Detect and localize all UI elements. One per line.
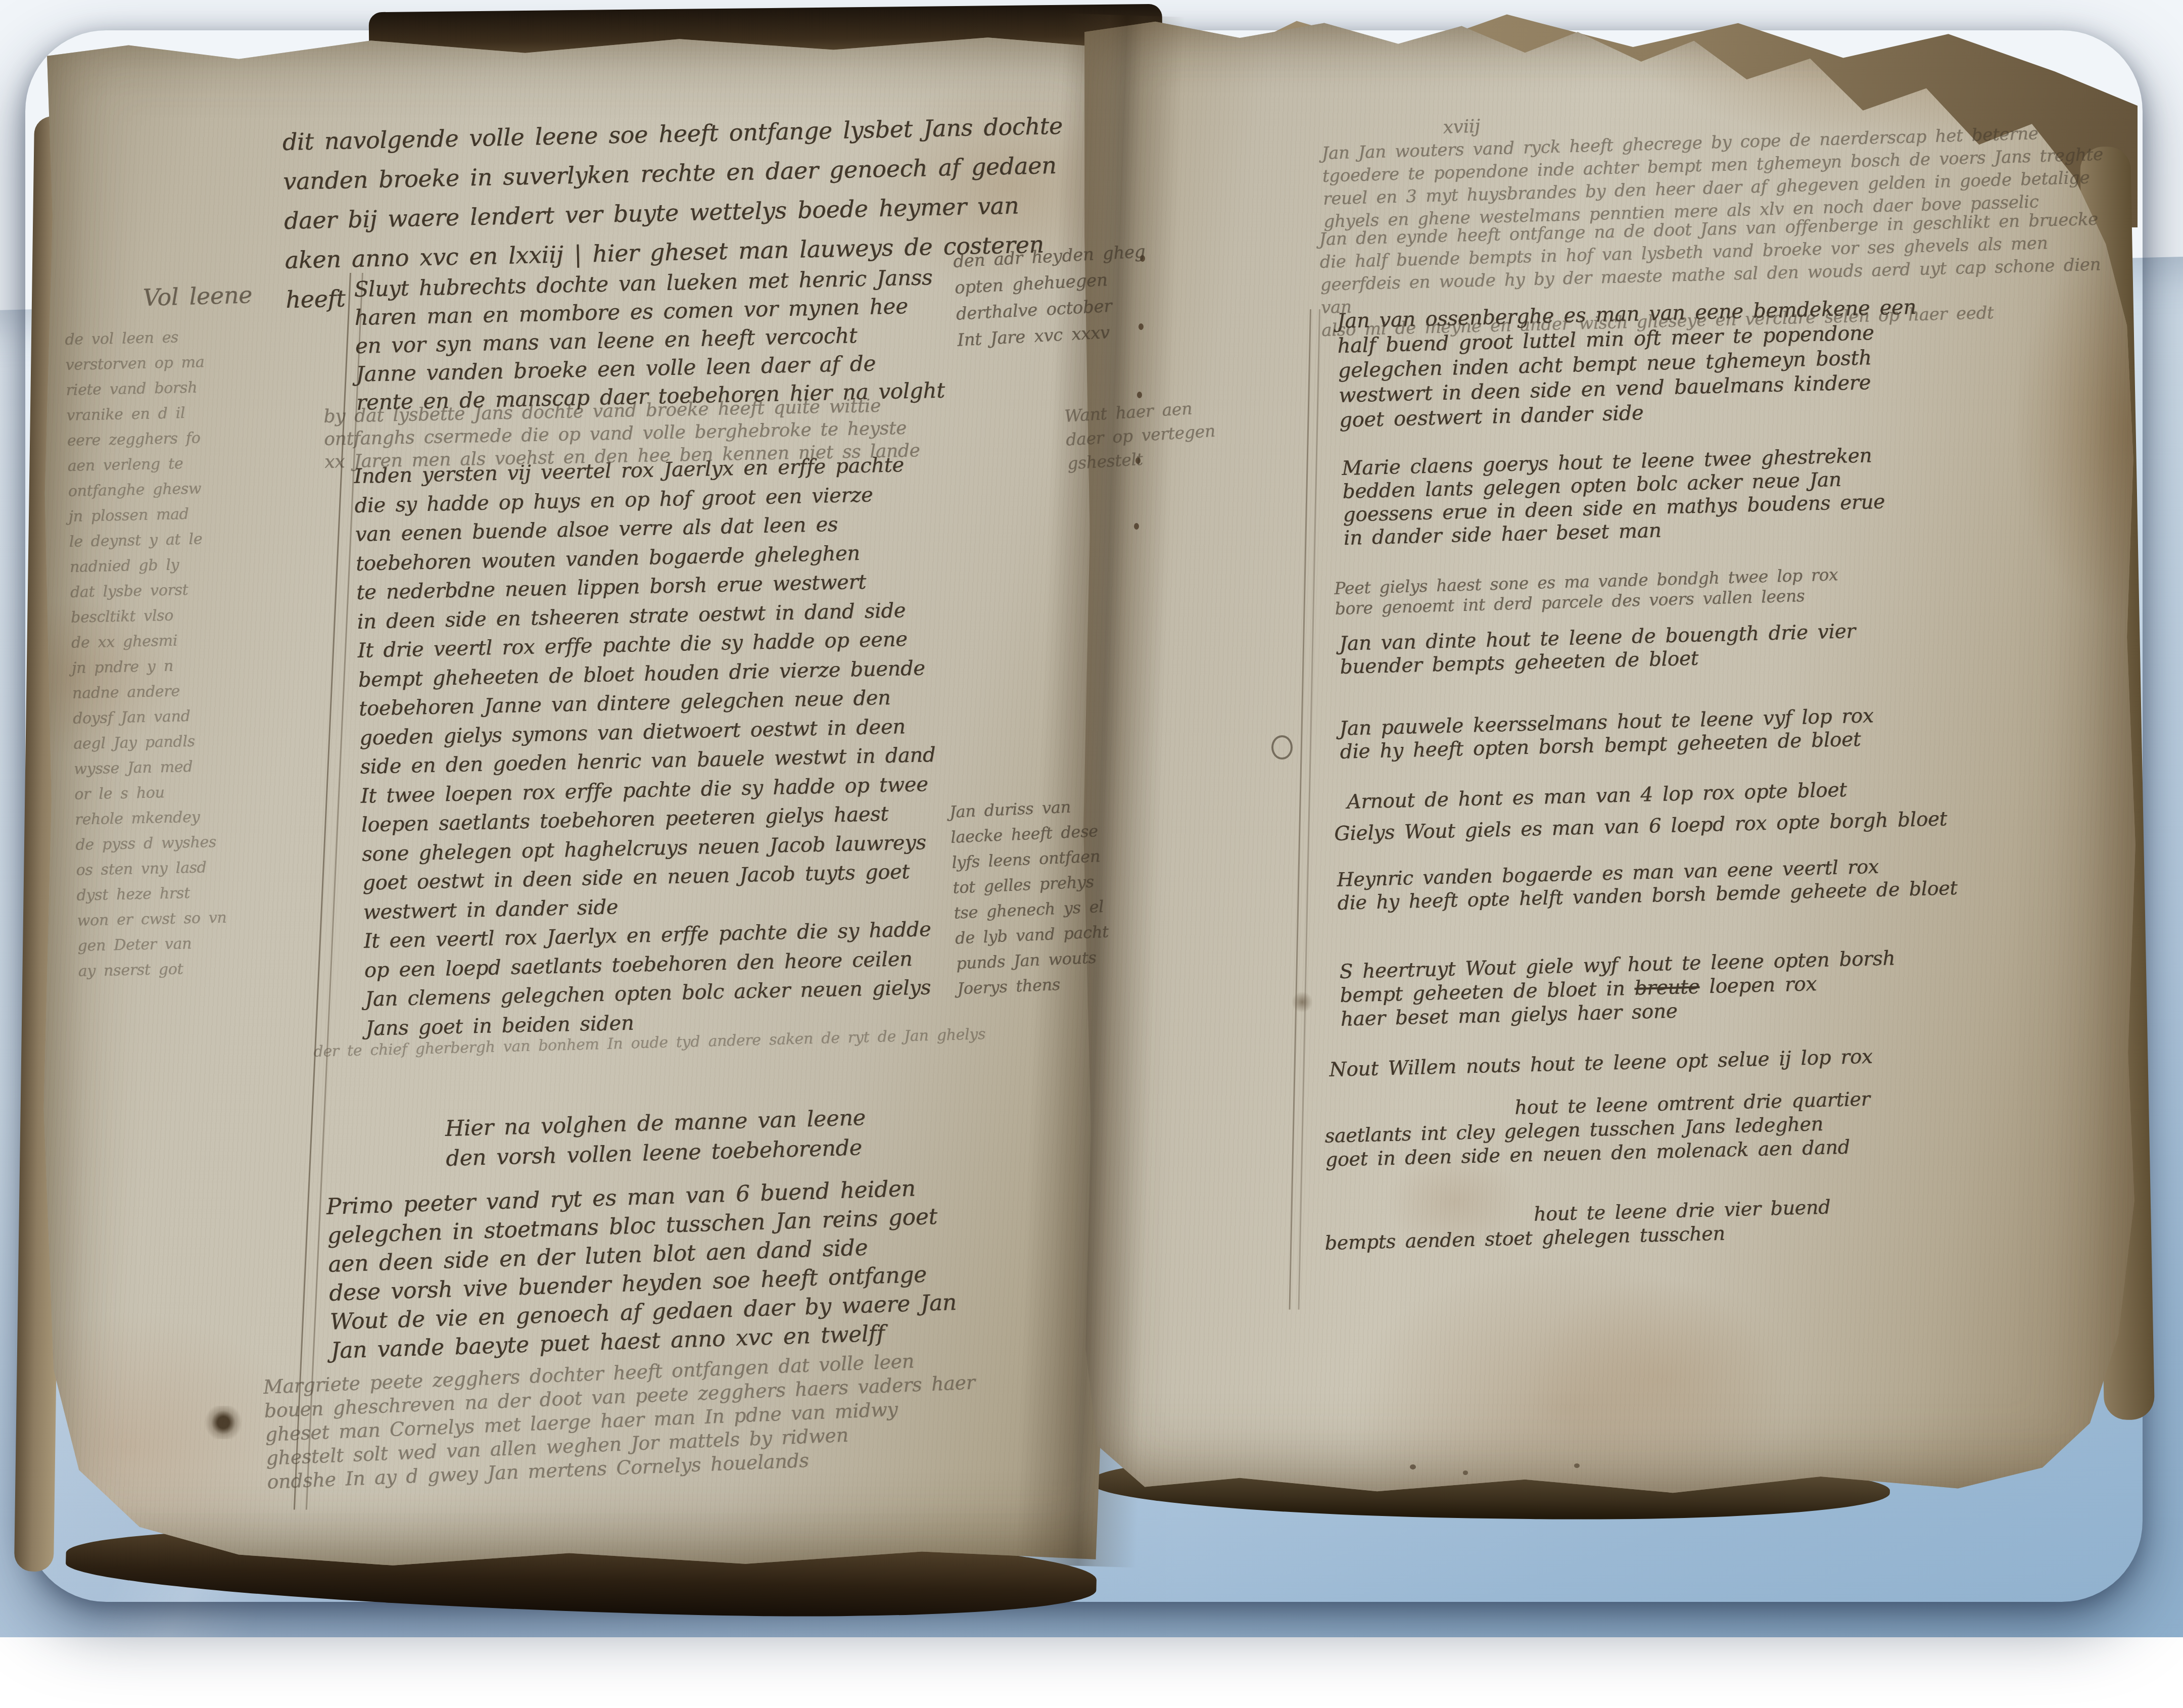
stain <box>1410 1464 1416 1469</box>
ink-circle-mark <box>1271 735 1293 760</box>
right-ossenberghe-paragraph: Jan van ossenberghe es man van eene bemd… <box>1337 292 2037 433</box>
stain <box>1574 1463 1580 1468</box>
left-side-note-lower: Jan duriss vanlaecke heeft deselyfs leen… <box>949 791 1150 1001</box>
photo-stage: Vol leene de vol leen esverstorven op ma… <box>0 0 2183 1637</box>
stain <box>1291 992 1313 1012</box>
left-margin-heading: Vol leene <box>143 281 253 311</box>
left-margin-notes: de vol leen esverstorven op mariete vand… <box>65 322 351 984</box>
left-side-note-upper: den adr heyden ghegopten ghehuegendertha… <box>953 238 1170 354</box>
right-folio-number: xviij <box>1443 116 1481 138</box>
stitch-hole <box>1134 523 1139 530</box>
left-primo-paragraph: Primo peeter vand ryt es man van 6 buend… <box>326 1169 1079 1365</box>
right-marie-paragraph: Marie claens goerys hout te leene twee g… <box>1342 440 2041 550</box>
stain <box>1526 1277 1799 1480</box>
ink-blot <box>202 1406 245 1439</box>
stitch-hole <box>1137 392 1142 398</box>
stain <box>1463 1470 1468 1475</box>
